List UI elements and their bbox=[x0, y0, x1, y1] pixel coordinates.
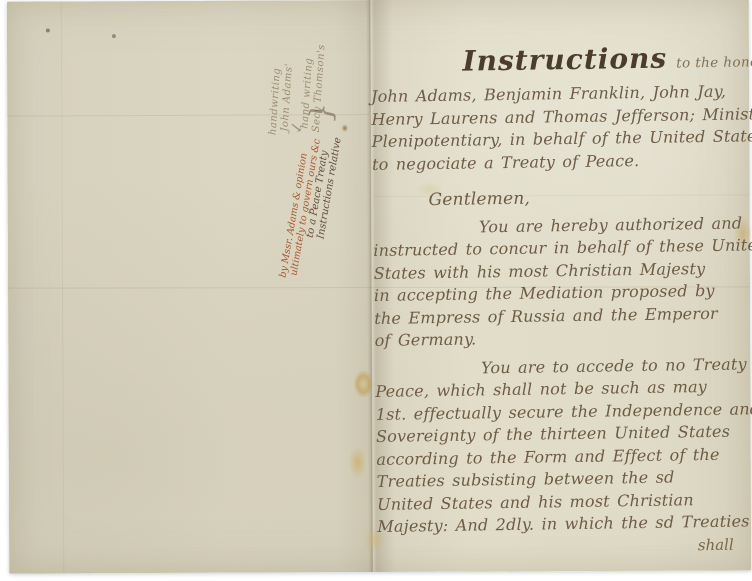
scan-background: Secy Thomson's hand writing John Adams' … bbox=[0, 0, 752, 581]
document-heading: Instructionsto the honorable bbox=[370, 40, 743, 86]
manuscript-text-block: Instructionsto the honorable John Adams,… bbox=[370, 40, 750, 560]
manuscript-sheet: Secy Thomson's hand writing John Adams' … bbox=[7, 0, 751, 574]
title-script-word: Instructions bbox=[462, 42, 667, 78]
foxing-spot bbox=[341, 124, 348, 132]
fold-stain bbox=[349, 446, 367, 479]
ink-speck bbox=[46, 28, 50, 32]
title-continuation: to the honorable bbox=[676, 54, 752, 72]
ink-speck bbox=[112, 34, 116, 38]
